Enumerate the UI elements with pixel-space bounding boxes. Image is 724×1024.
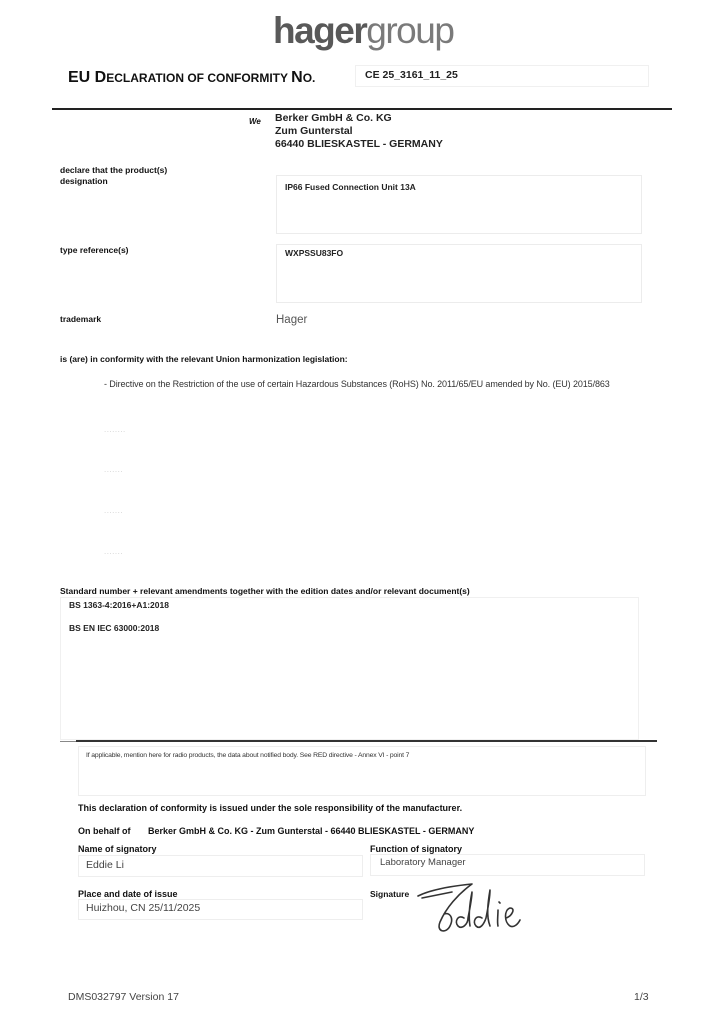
signatory-name-value: Eddie Li [86, 859, 124, 871]
designation-label: designation [60, 176, 167, 187]
standard-item: BS 1363-4:2016+A1:2018 [69, 600, 169, 610]
directive-placeholder: ........ [104, 425, 126, 434]
title-part: OF CONFORMITY [184, 71, 291, 85]
declare-label: declare that the product(s) designation [60, 165, 167, 187]
document-id: DMS032797 Version 17 [68, 991, 179, 1003]
page-number: 1/3 [634, 991, 649, 1003]
radio-note: If applicable, mention here for radio pr… [86, 752, 409, 759]
place-date-label: Place and date of issue [78, 889, 178, 899]
manufacturer-street: Zum Gunterstal [275, 125, 443, 138]
signatory-function-value: Laboratory Manager [380, 857, 466, 868]
designation-value: IP66 Fused Connection Unit 13A [285, 182, 416, 192]
logo-bold: hager [273, 10, 366, 51]
title-part: N [291, 69, 303, 86]
directive-placeholder: ....... [104, 465, 123, 474]
we-label: We [249, 117, 261, 126]
on-behalf-value: Berker GmbH & Co. KG - Zum Gunterstal - … [148, 826, 474, 836]
header-divider [52, 108, 672, 110]
sole-responsibility-statement: This declaration of conformity is issued… [78, 803, 462, 813]
standards-heading: Standard number + relevant amendments to… [60, 586, 470, 597]
title-part: O. [303, 71, 316, 85]
directive-item: - Directive on the Restriction of the us… [104, 379, 610, 389]
place-date-value: Huizhou, CN 25/11/2025 [86, 902, 200, 914]
manufacturer-city: 66440 BLIESKASTEL - GERMANY [275, 138, 443, 151]
document-title: EU DECLARATION OF CONFORMITY NO. [68, 68, 315, 88]
section-divider [76, 740, 657, 742]
type-reference-label: type reference(s) [60, 245, 129, 256]
signatory-name-label: Name of signatory [78, 844, 157, 854]
declaration-number: CE 25_3161_11_25 [365, 69, 458, 81]
signature-label: Signature [370, 889, 409, 899]
title-part: ECLARATION [106, 71, 184, 85]
legislation-heading: is (are) in conformity with the relevant… [60, 354, 348, 365]
logo-light: group [366, 10, 453, 51]
type-reference-value: WXPSSU83FO [285, 248, 343, 258]
declare-label-line: declare that the product(s) [60, 165, 167, 176]
on-behalf-label: On behalf of [78, 826, 131, 836]
trademark-value: Hager [276, 314, 307, 326]
manufacturer-address: Berker GmbH & Co. KG Zum Gunterstal 6644… [275, 112, 443, 151]
standard-item: BS EN IEC 63000:2018 [69, 623, 159, 633]
directive-placeholder: ....... [104, 506, 123, 515]
handwritten-signature [412, 878, 532, 938]
signatory-function-label: Function of signatory [370, 844, 462, 854]
hager-group-logo: hagergroup [273, 12, 453, 49]
title-part: EU D [68, 69, 106, 86]
manufacturer-name: Berker GmbH & Co. KG [275, 112, 443, 125]
standards-field[interactable] [60, 597, 639, 740]
trademark-label: trademark [60, 314, 101, 325]
directive-placeholder: ....... [104, 547, 123, 556]
